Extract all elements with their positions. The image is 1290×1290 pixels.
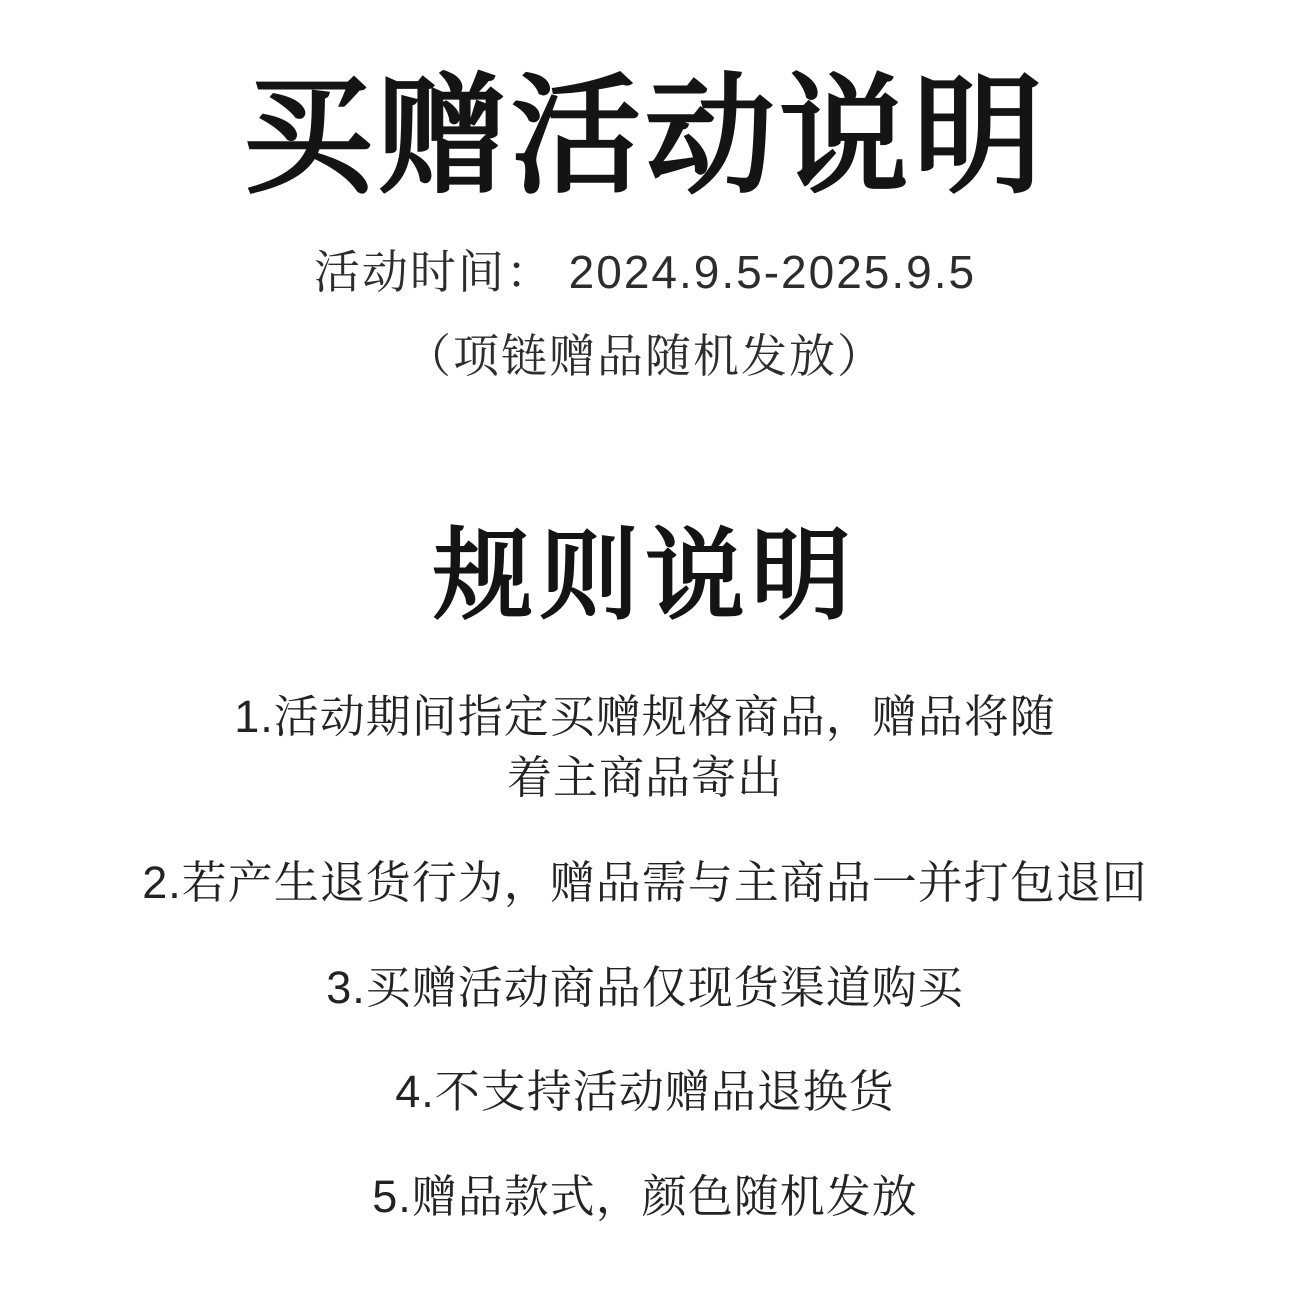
rule-item-4: 4.不支持活动赠品退换货 (395, 1062, 895, 1123)
rule-item-5: 5.赠品款式，颜色随机发放 (372, 1167, 918, 1228)
promo-notice-page: 买赠活动说明 活动时间： 2024.9.5-2025.9.5 （项链赠品随机发放… (0, 0, 1290, 1290)
activity-time-text: 活动时间： 2024.9.5-2025.9.5 (0, 236, 1290, 302)
header-section: 买赠活动说明 活动时间： 2024.9.5-2025.9.5 （项链赠品随机发放… (0, 0, 1290, 386)
rule-item-3: 3.买赠活动商品仅现货渠道购买 (326, 958, 964, 1019)
gift-note-text: （项链赠品随机发放） (0, 320, 1290, 386)
rule-item-1: 1.活动期间指定买赠规格商品，赠品将随 着主商品寄出 (234, 687, 1056, 809)
rule-item-2: 2.若产生退货行为，赠品需与主商品一并打包退回 (142, 853, 1148, 914)
page-title: 买赠活动说明 (0, 66, 1290, 206)
rules-section-heading: 规则说明 (0, 524, 1290, 629)
rules-list: 1.活动期间指定买赠规格商品，赠品将随 着主商品寄出 2.若产生退货行为，赠品需… (0, 687, 1290, 1228)
